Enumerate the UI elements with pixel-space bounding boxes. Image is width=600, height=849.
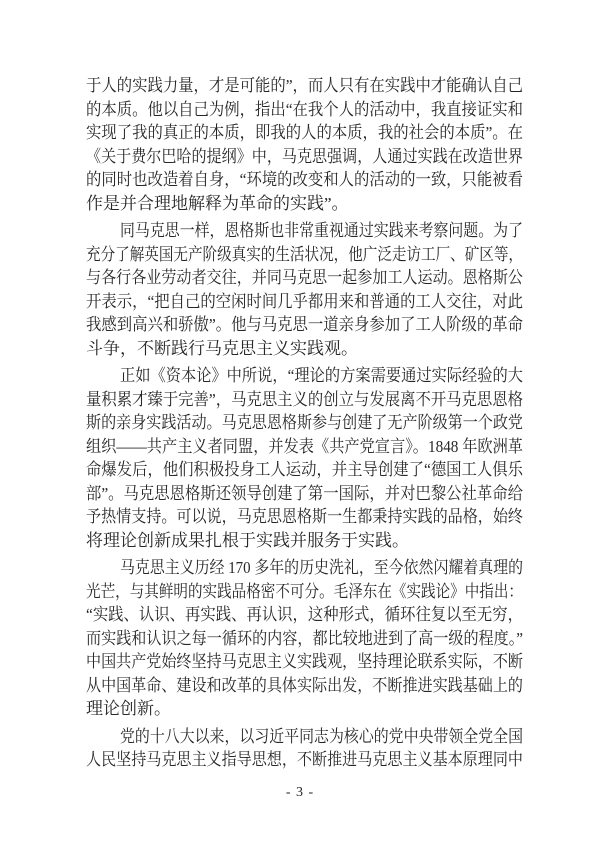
text-line-content: 量积累才臻于完善”，马克思主义的创立与发展离不开马克思恩格 [86, 388, 523, 412]
text-line-content: 我感到高兴和骄傲”。他与马克思一道亲身参加了工人阶级的革命 [86, 313, 523, 337]
text-line: 的同时也改造着自身，“环境的改变和人的活动的一致，只能被看 [86, 168, 523, 192]
text-line: 斗争，不断践行马克思主义实践观。 [86, 337, 523, 361]
text-line: 于人的实践力量，才是可能的”，而人只有在实践中才能确认自己 [86, 74, 523, 98]
text-line: 部”。马克思恩格斯还领导创建了第一国际，并对巴黎公社革命给 [86, 482, 523, 506]
text-line-content: 而实践和认识之每一循环的内容，都比较地进到了高一级的程度。” [86, 627, 523, 651]
text-line-content: 的本质。他以自己为例，指出“在我个人的活动中，我直接证实和 [86, 98, 523, 122]
text-line-content: 光芒，与其鲜明的实践品格密不可分。毛泽东在《实践论》中指出： [86, 580, 523, 604]
text-line-content: 《关于费尔巴哈的提纲》中，马克思强调，人通过实践在改造世界 [86, 145, 523, 169]
text-line-content: 于人的实践力量，才是可能的”，而人只有在实践中才能确认自己 [86, 74, 523, 98]
text-line: 同马克思一样，恩格斯也非常重视通过实践来考察问题。为了 [86, 219, 523, 243]
text-line-content: 同马克思一样，恩格斯也非常重视通过实践来考察问题。为了 [120, 219, 523, 243]
text-line-content: 与各行各业劳动者交往，并同马克思一起参加工人运动。恩格斯公 [86, 266, 523, 290]
text-line: 马克思主义历经 170 多年的历史洗礼，至今依然闪耀着真理的 [86, 556, 523, 580]
text-line: 实现了我的真正的本质，即我的人的本质，我的社会的本质”。在 [86, 121, 523, 145]
text-line: 与各行各业劳动者交往，并同马克思一起参加工人运动。恩格斯公 [86, 266, 523, 290]
text-line: 将理论创新成果扎根于实践并服务于实践。 [86, 529, 523, 553]
paragraph: 正如《资本论》中所说，“理论的方案需要通过实际经验的大量积累才臻于完善”，马克思… [86, 364, 523, 552]
text-line: 人民坚持马克思主义指导思想，不断推进马克思主义基本原理同中 [86, 748, 523, 772]
text-line: 我感到高兴和骄傲”。他与马克思一道亲身参加了工人阶级的革命 [86, 313, 523, 337]
text-line: 光芒，与其鲜明的实践品格密不可分。毛泽东在《实践论》中指出： [86, 580, 523, 604]
text-line: 充分了解英国无产阶级真实的生活状况，他广泛走访工厂、矿区等， [86, 243, 523, 267]
paragraph: 党的十八大以来，以习近平同志为核心的党中央带领全党全国人民坚持马克思主义指导思想… [86, 725, 523, 772]
text-line: 中国共产党始终坚持马克思主义实践观，坚持理论联系实际，不断 [86, 650, 523, 674]
paragraph: 马克思主义历经 170 多年的历史洗礼，至今依然闪耀着真理的光芒，与其鲜明的实践… [86, 556, 523, 721]
text-line-content: 作是并合理地解释为革命的实践”。 [86, 192, 349, 216]
text-line: 理论创新。 [86, 697, 523, 721]
text-line: 党的十八大以来，以习近平同志为核心的党中央带领全党全国 [86, 725, 523, 749]
text-line-content: 的同时也改造着自身，“环境的改变和人的活动的一致，只能被看 [86, 168, 523, 192]
text-line: 开表示，“把自己的空闲时间几乎都用来和普通的工人交往，对此 [86, 290, 523, 314]
text-line: 斯的亲身实践活动。马克思恩格斯参与创建了无产阶级第一个政党 [86, 411, 523, 435]
text-line-content: 组织——共产主义者同盟，并发表《共产党宣言》。1848 年欧洲革 [86, 435, 523, 459]
text-line-content: 中国共产党始终坚持马克思主义实践观，坚持理论联系实际，不断 [86, 650, 523, 674]
page-footer: - 3 - [0, 785, 600, 801]
text-line-content: 充分了解英国无产阶级真实的生活状况，他广泛走访工厂、矿区等， [86, 243, 523, 267]
text-line-content: 实现了我的真正的本质，即我的人的本质，我的社会的本质”。在 [86, 121, 523, 145]
text-line-content: 党的十八大以来，以习近平同志为核心的党中央带领全党全国 [120, 725, 523, 749]
text-line-content: 开表示，“把自己的空闲时间几乎都用来和普通的工人交往，对此 [86, 290, 523, 314]
text-line: 量积累才臻于完善”，马克思主义的创立与发展离不开马克思恩格 [86, 388, 523, 412]
text-line-content: 马克思主义历经 170 多年的历史洗礼，至今依然闪耀着真理的 [120, 556, 523, 580]
text-line-content: 人民坚持马克思主义指导思想，不断推进马克思主义基本原理同中 [86, 748, 523, 772]
text-line-content: 理论创新。 [86, 697, 171, 721]
text-line: 命爆发后，他们积极投身工人运动，并主导创建了“德国工人俱乐 [86, 458, 523, 482]
text-line-content: “实践、认识、再实践、再认识，这种形式，循环往复以至无穷， [86, 603, 523, 627]
document-body: 于人的实践力量，才是可能的”，而人只有在实践中才能确认自己的本质。他以自己为例，… [86, 74, 523, 772]
text-line-content: 斗争，不断践行马克思主义实践观。 [86, 337, 358, 361]
page-number: - 3 - [286, 785, 314, 800]
paragraph: 于人的实践力量，才是可能的”，而人只有在实践中才能确认自己的本质。他以自己为例，… [86, 74, 523, 215]
text-line: 从中国革命、建设和改革的具体实际出发，不断推进实践基础上的 [86, 674, 523, 698]
text-line: 而实践和认识之每一循环的内容，都比较地进到了高一级的程度。” [86, 627, 523, 651]
text-line-content: 予热情支持。可以说，马克思恩格斯一生都秉持实践的品格，始终 [86, 505, 523, 529]
text-line: 予热情支持。可以说，马克思恩格斯一生都秉持实践的品格，始终 [86, 505, 523, 529]
document-page: 于人的实践力量，才是可能的”，而人只有在实践中才能确认自己的本质。他以自己为例，… [0, 0, 600, 849]
text-line: 组织——共产主义者同盟，并发表《共产党宣言》。1848 年欧洲革 [86, 435, 523, 459]
text-line: 的本质。他以自己为例，指出“在我个人的活动中，我直接证实和 [86, 98, 523, 122]
text-line-content: 命爆发后，他们积极投身工人运动，并主导创建了“德国工人俱乐 [86, 458, 523, 482]
text-line: “实践、认识、再实践、再认识，这种形式，循环往复以至无穷， [86, 603, 523, 627]
text-line-content: 将理论创新成果扎根于实践并服务于实践。 [86, 529, 409, 553]
text-line-content: 从中国革命、建设和改革的具体实际出发，不断推进实践基础上的 [86, 674, 523, 698]
text-line-content: 正如《资本论》中所说，“理论的方案需要通过实际经验的大 [120, 364, 523, 388]
text-line: 作是并合理地解释为革命的实践”。 [86, 192, 523, 216]
paragraph: 同马克思一样，恩格斯也非常重视通过实践来考察问题。为了充分了解英国无产阶级真实的… [86, 219, 523, 360]
text-line-content: 斯的亲身实践活动。马克思恩格斯参与创建了无产阶级第一个政党 [86, 411, 523, 435]
text-line: 正如《资本论》中所说，“理论的方案需要通过实际经验的大 [86, 364, 523, 388]
text-line: 《关于费尔巴哈的提纲》中，马克思强调，人通过实践在改造世界 [86, 145, 523, 169]
text-line-content: 部”。马克思恩格斯还领导创建了第一国际，并对巴黎公社革命给 [86, 482, 523, 506]
